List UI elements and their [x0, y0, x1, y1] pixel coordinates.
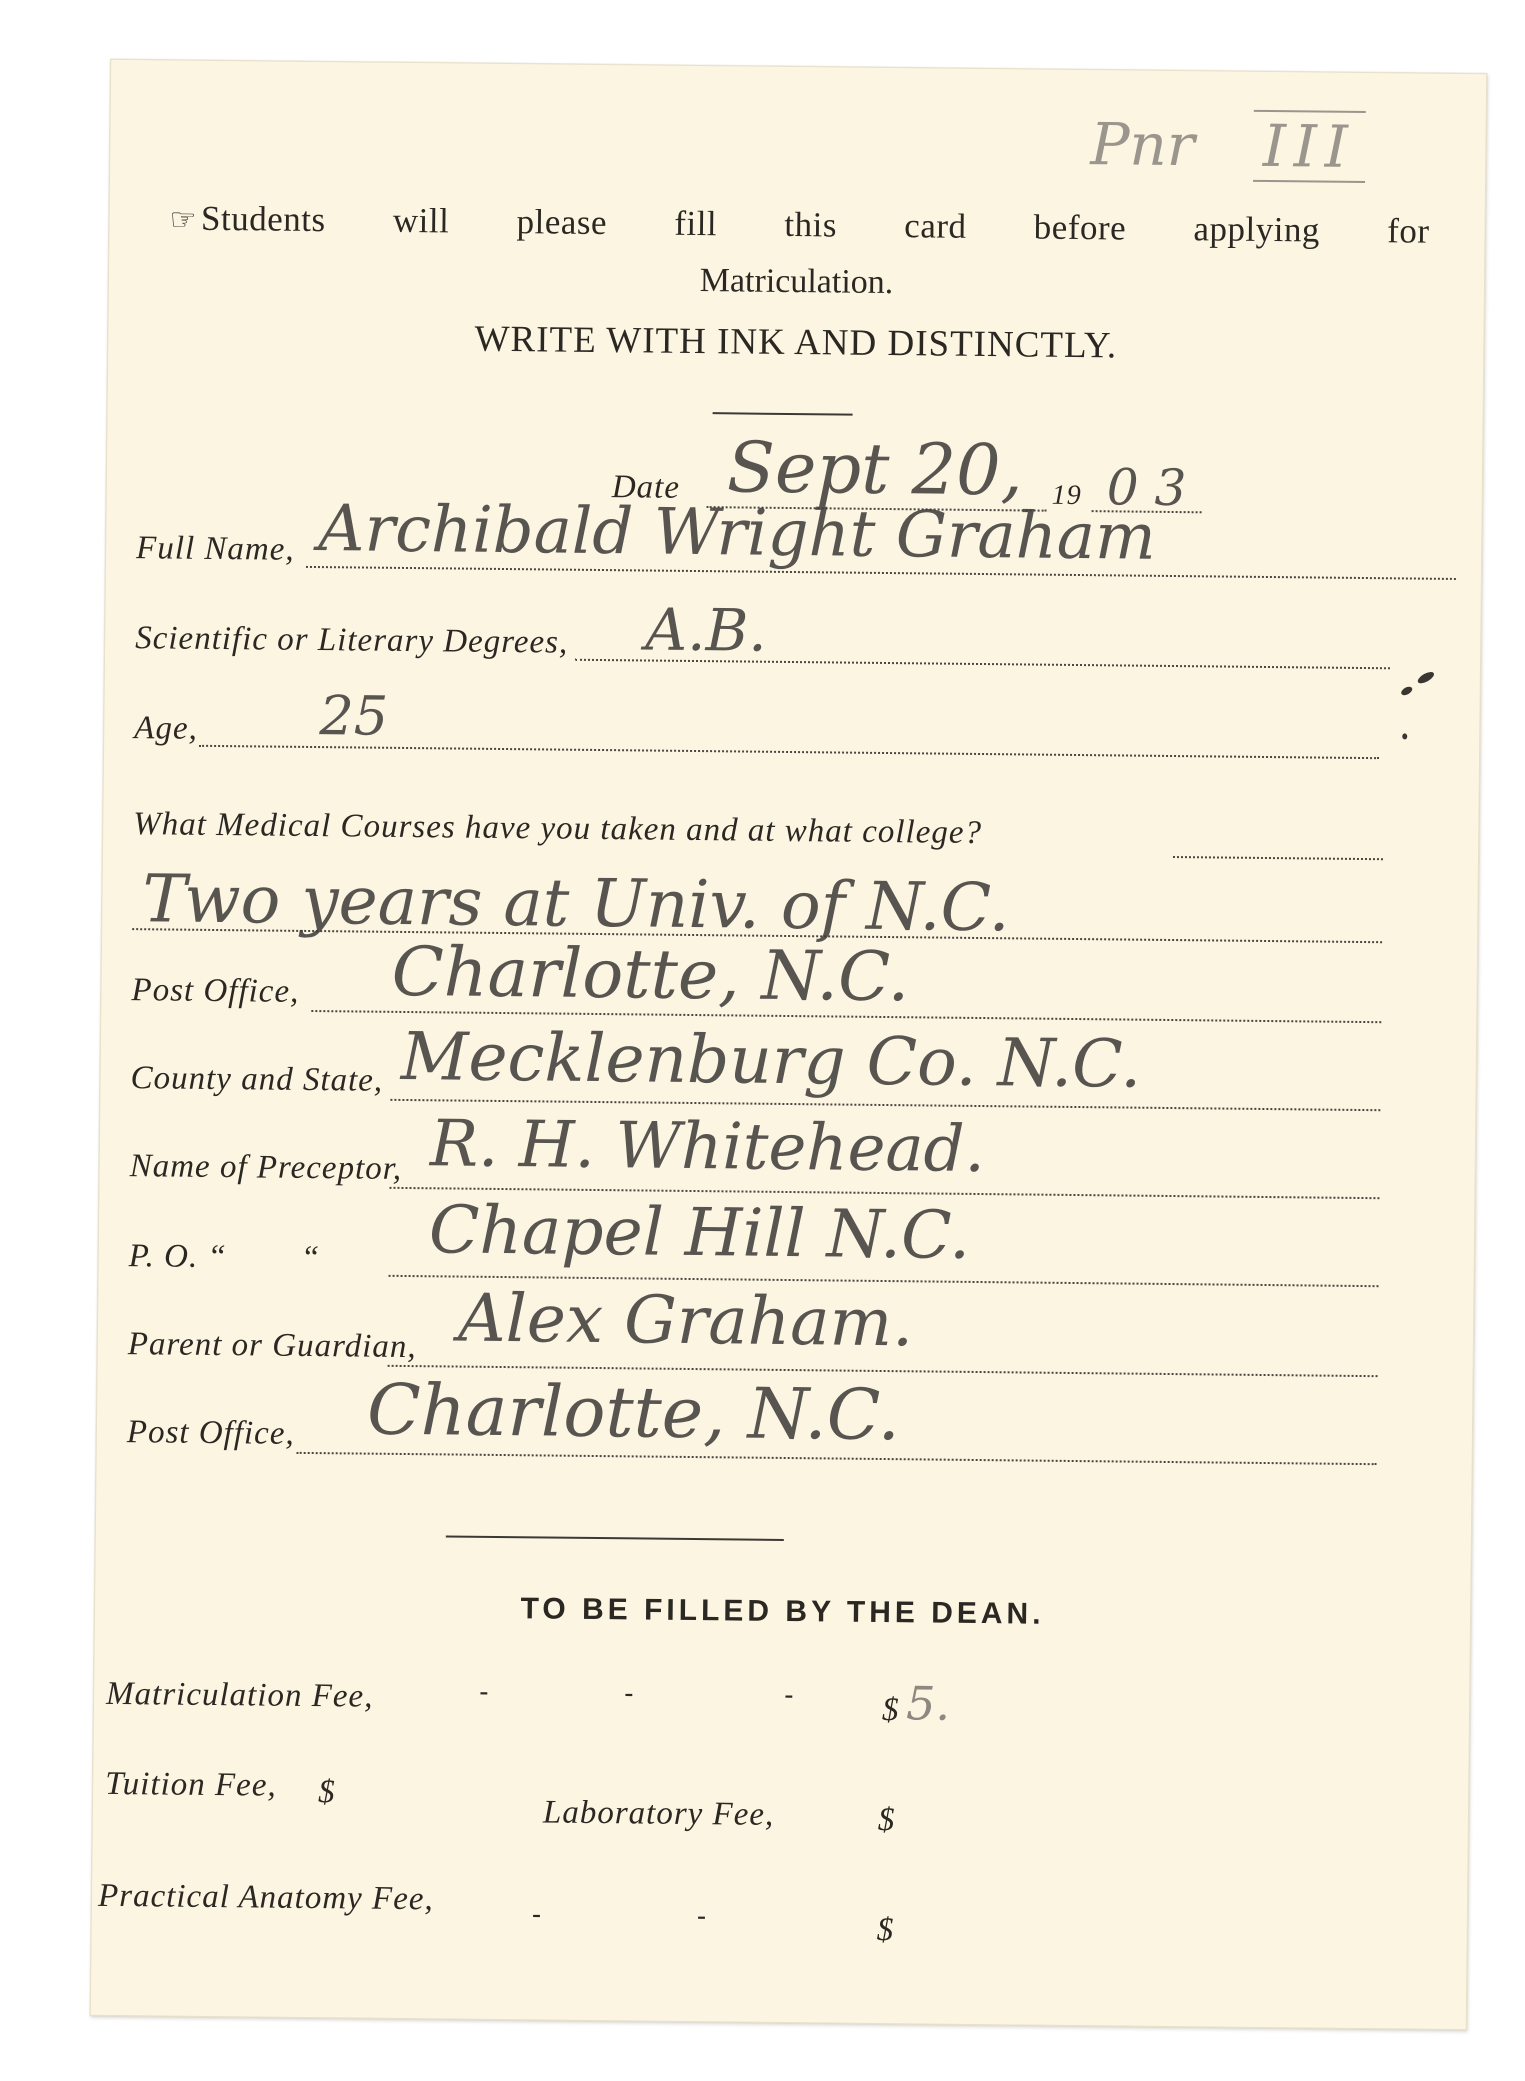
tuition-fee-label: Tuition Fee, [105, 1766, 277, 1805]
medical-courses-label: What Medical Courses have you taken and … [133, 806, 982, 852]
preceptor-po-label: P. O. “ “ [129, 1238, 321, 1277]
guardian-label: Parent or Guardian, [128, 1326, 417, 1366]
leader-dash: - [532, 1898, 542, 1930]
ink-blot [1416, 670, 1436, 686]
pencil-note-roman: III [1253, 110, 1366, 183]
age-label: Age, [134, 710, 198, 748]
leader-dash: - [479, 1676, 489, 1708]
tuition-fee-currency: $ [318, 1774, 336, 1811]
write-with-ink-heading: WRITE WITH INK AND DISTINCTLY. [108, 314, 1483, 371]
guardian-post-office-value[interactable]: Charlotte, N.C. [367, 1369, 901, 1457]
laboratory-fee-currency: $ [878, 1802, 896, 1839]
medical-courses-value[interactable]: Two years at Univ. of N.C. [142, 860, 1010, 946]
laboratory-fee-value[interactable] [903, 1798, 1103, 1840]
degrees-value[interactable]: A.B. [645, 595, 767, 664]
post-office-value[interactable]: Charlotte, N.C. [391, 933, 909, 1017]
matriculation-fee-currency: $ [882, 1692, 900, 1729]
guardian-post-office-label: Post Office, [127, 1414, 295, 1453]
full-name-label: Full Name, [136, 530, 295, 569]
practical-anatomy-fee-currency: $ [877, 1912, 895, 1949]
pencil-annotation: Pnr III [1090, 110, 1366, 181]
preceptor-po-value[interactable]: Chapel Hill N.C. [429, 1191, 971, 1274]
dean-divider [446, 1535, 784, 1541]
county-state-label: County and State, [130, 1060, 383, 1100]
leader-dash: - [624, 1677, 634, 1709]
leader-dash: - [784, 1679, 794, 1711]
instruction-line: ☞Students will please fill this card bef… [169, 198, 1429, 251]
pencil-note-text: Pnr [1090, 110, 1195, 179]
ink-speck [1402, 733, 1407, 739]
degrees-label: Scientific or Literary Degrees, [135, 620, 568, 662]
age-value[interactable]: 25 [319, 684, 388, 748]
post-office-label: Post Office, [131, 972, 299, 1011]
leader-dash: - [697, 1900, 707, 1932]
laboratory-fee-label: Laboratory Fee, [543, 1794, 775, 1833]
header-divider [713, 412, 853, 415]
practical-anatomy-fee-label: Practical Anatomy Fee, [98, 1878, 434, 1919]
preceptor-value[interactable]: R. H. Whitehead. [430, 1107, 986, 1187]
medical-courses-line-1 [1173, 856, 1383, 860]
scan-background: Pnr III ☞Students will please fill this … [0, 0, 1525, 2081]
instruction-line-2: Matriculation. [109, 256, 1484, 308]
matriculation-fee-label: Matriculation Fee, [106, 1676, 374, 1716]
instruction-start: ☞Students [169, 198, 325, 240]
matriculation-card: Pnr III ☞Students will please fill this … [90, 59, 1487, 2030]
county-state-value[interactable]: Mecklenburg Co. N.C. [400, 1018, 1141, 1103]
guardian-value[interactable]: Alex Graham. [458, 1280, 914, 1362]
full-name-value[interactable]: Archibald Wright Graham [318, 492, 1156, 575]
pointing-hand-icon: ☞ [169, 203, 197, 236]
tuition-fee-value[interactable] [343, 1768, 543, 1810]
ink-blot [1400, 685, 1414, 697]
preceptor-label: Name of Preceptor, [129, 1148, 402, 1188]
dean-section-heading: TO BE FILLED BY THE DEAN. [95, 1588, 1470, 1636]
matriculation-fee-value[interactable]: 5. [906, 1676, 950, 1730]
practical-anatomy-fee-value[interactable] [902, 1908, 1102, 1950]
